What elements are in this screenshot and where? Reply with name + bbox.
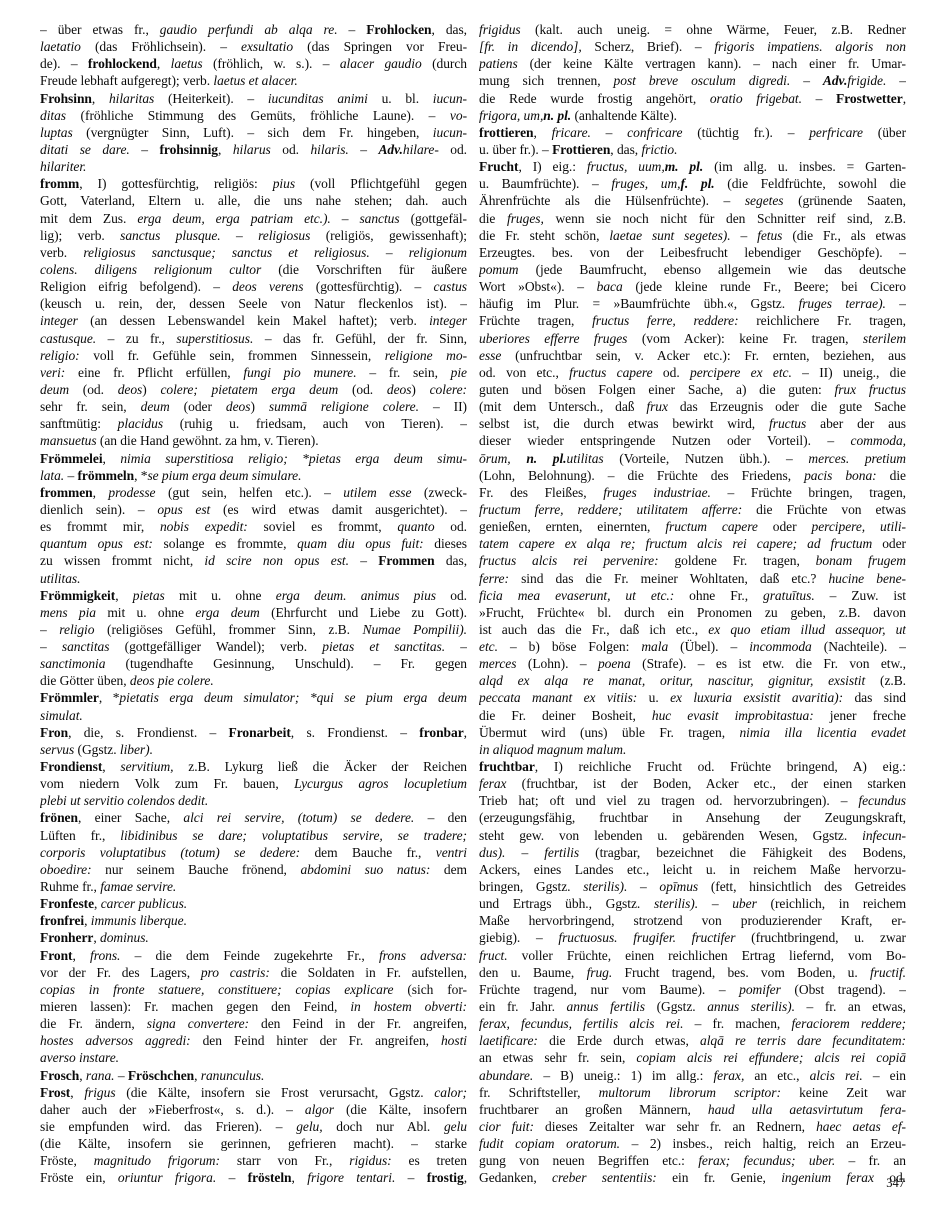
- text-run: (gottgefäl-: [411, 211, 467, 226]
- text-run: Frohlocken: [366, 22, 431, 37]
- text-line: Fron, die, s. Frondienst. – Fronarbeit, …: [40, 724, 467, 741]
- text-line: Frucht, I) eig.: fructus, uum,m. pl. (im…: [479, 158, 906, 175]
- text-run: pro castris:: [201, 965, 281, 980]
- text-line: Fröste ein, oriuntur frigora. – frösteln…: [40, 1169, 467, 1186]
- text-line: (die Kälte, insofern sie gerinnen, gefri…: [40, 1135, 467, 1152]
- text-line: corporis voluptatibus (totum) se dedere:…: [40, 844, 467, 861]
- text-run: fructus capere: [569, 365, 663, 380]
- text-run: keine Zeit war: [799, 1085, 906, 1100]
- text-run: das Erzeugnis oder die gute Sache: [680, 399, 906, 414]
- text-line: deum (od. deos) colere; pietatem erga de…: [40, 381, 467, 398]
- text-line: ōrum, n. pl.utilitas (Vorteile, Nutzen ü…: [479, 450, 906, 467]
- text-line: sehr fr. sein, deum (oder deos) summā re…: [40, 398, 467, 415]
- text-run: –: [67, 468, 77, 483]
- text-line: – über etwas fr., gaudio perfundi ab alq…: [40, 21, 467, 38]
- text-line: vor der Fr. des Lagers, pro castris: die…: [40, 964, 467, 981]
- text-run: mala: [641, 639, 680, 654]
- text-run: den u. Baume,: [479, 965, 587, 980]
- text-run: pomum: [479, 262, 536, 277]
- text-run: verb.: [40, 245, 83, 260]
- text-line: in aliquod magnum malum.: [479, 741, 906, 758]
- text-run: –: [460, 639, 467, 654]
- text-run: (mit dem Untersch., daß: [479, 399, 646, 414]
- text-run: frons.: [90, 948, 135, 963]
- text-run: Frucht tragend, bes. vom Boden, u.: [624, 965, 870, 980]
- text-run: (reichlich, in reichem: [771, 896, 906, 911]
- text-run: –: [386, 245, 409, 260]
- text-run: mansuetus: [40, 433, 100, 448]
- text-line: bringen, Ggstz. sterilis). – opīmus (fet…: [479, 878, 906, 895]
- text-line: plebi ut servitio colendos dedit.: [40, 792, 467, 809]
- text-run: uber: [732, 896, 770, 911]
- text-line: sanftmütig: placidus (ruhig u. friedsam,…: [40, 415, 467, 432]
- text-run: lig); verb.: [40, 228, 120, 243]
- text-run: pietas: [133, 588, 179, 603]
- text-line: Übermut wird (uns) üble Fr. tragen, nimi…: [479, 724, 906, 741]
- text-line: religio: voll fr. Gefühle sein, frommen …: [40, 347, 467, 364]
- text-run: ,: [70, 1085, 84, 1100]
- text-run: , das,: [610, 142, 641, 157]
- text-run: z.B. Lykurg ließ die Äcker der Reichen: [188, 759, 467, 774]
- text-run: Fronfeste: [40, 896, 94, 911]
- text-run: (durch: [432, 56, 467, 71]
- text-run: guten und bösen Folgen einer Sache, a) d…: [479, 382, 835, 397]
- text-line: giebig). – fructuosus. frugifer. fructif…: [479, 929, 906, 946]
- text-run: steht gew. von lebenden u. gebärenden We…: [479, 828, 862, 843]
- text-line: esse (unfruchtbar sein, v. Acker etc.): …: [479, 347, 906, 364]
- text-run: multorum librorum scriptor:: [599, 1085, 799, 1100]
- text-run: nobis expedit:: [160, 519, 264, 534]
- text-run: –: [141, 142, 159, 157]
- text-run: ferax; fecundus; uber.: [698, 1153, 848, 1168]
- text-run: fructum capere: [665, 519, 772, 534]
- text-run: Front: [40, 948, 73, 963]
- text-run: den Feind hinter der Fr. angreifen,: [203, 1033, 441, 1048]
- text-run: ,: [218, 142, 233, 157]
- text-run: castusque.: [40, 331, 108, 346]
- text-run: ex quo etiam illud assequor, ut: [708, 622, 906, 637]
- text-run: mit dem Zus.: [40, 211, 137, 226]
- text-run: (religiös, gewissenhaft);: [326, 228, 467, 243]
- text-run: ein fr. Genie,: [672, 1170, 781, 1185]
- text-run: colere; pietatem erga deum: [160, 382, 352, 397]
- text-run: Numae Pompilii).: [363, 622, 467, 637]
- text-line: häufig im Plur. = »Baumfrüchte übh.«, Gg…: [479, 295, 906, 312]
- text-run: peccata manant ex vitiis:: [479, 690, 649, 705]
- text-line: die Fr. steht schön, laetae sunt segetes…: [479, 227, 906, 244]
- text-run: frostig: [427, 1170, 464, 1185]
- text-line: Fronfeste, carcer publicus.: [40, 895, 467, 912]
- text-run: oriuntur frigora.: [118, 1170, 229, 1185]
- text-run: Frömmelei: [40, 451, 103, 466]
- text-run: (grünende Saaten,: [798, 193, 906, 208]
- left-column: – über etwas fr., gaudio perfundi ab alq…: [40, 21, 467, 1187]
- text-run: od.: [439, 142, 467, 157]
- text-run: pacis bona:: [804, 468, 890, 483]
- text-run: Fröste ein,: [40, 1170, 118, 1185]
- text-run: – B) uneig.: 1) im allg.:: [543, 1068, 713, 1083]
- text-run: pietas et sanctitas.: [322, 639, 460, 654]
- text-run: sanctus plusque.: [120, 228, 236, 243]
- text-run: cior fuit:: [479, 1119, 545, 1134]
- text-run: commoda,: [851, 433, 906, 448]
- text-run: etc.: [479, 639, 510, 654]
- text-run: ferax,: [713, 1068, 754, 1083]
- text-line: laetatio (das Fröhlichsein). – exsultati…: [40, 38, 467, 55]
- text-run: lata.: [40, 468, 67, 483]
- text-run: gung von neuen Begriffen etc.:: [479, 1153, 698, 1168]
- text-run: (Vorteile, Nutzen übh.). –: [619, 451, 808, 466]
- text-run: creber sententiis:: [552, 1170, 672, 1185]
- text-run: frigora, um,: [479, 108, 543, 123]
- text-run: laetus: [171, 56, 213, 71]
- text-line: copias in fronte statuere, constituere; …: [40, 981, 467, 998]
- text-line: Maße hervorbringend, strotzend von produ…: [479, 912, 906, 929]
- text-run: fructuosus. frugifer. fructifer: [558, 930, 751, 945]
- text-run: die Soldaten in Fr. aufstellen,: [281, 965, 467, 980]
- text-run: voll fr. Gefühle sein, frommen Sinnessei…: [93, 348, 385, 363]
- text-run: Fron: [40, 725, 68, 740]
- text-run: (die Kälte, insofern: [346, 1102, 467, 1117]
- text-run: nimia superstitiosa religio; *pietas erg…: [120, 451, 467, 466]
- text-run: – Zuw. ist: [830, 588, 906, 603]
- text-line: Früchte tragen, fructus ferre, reddere: …: [479, 312, 906, 329]
- text-run: , *: [134, 468, 147, 483]
- text-run: mit u. ohne: [107, 605, 195, 620]
- text-run: frigore tentari.: [307, 1170, 407, 1185]
- text-run: nur seinem Bauche frönend,: [105, 862, 300, 877]
- text-run: Frommen: [378, 553, 434, 568]
- text-run: fructus: [769, 416, 820, 431]
- text-run: signa convertere:: [147, 1016, 261, 1031]
- text-run: Ruhme fr.,: [40, 879, 100, 894]
- text-line: fromm, I) gottesfürchtig, religiös: pius…: [40, 175, 467, 192]
- text-run: sie empfunden wird. das Frieren). –: [40, 1119, 296, 1134]
- text-run: frohlockend: [88, 56, 157, 71]
- text-run: huc evasit improbitastua:: [652, 708, 830, 723]
- text-line: oboedire: nur seinem Bauche frönend, abd…: [40, 861, 467, 878]
- text-run: (Heiterkeit). –: [168, 91, 268, 106]
- text-run: integer: [429, 313, 467, 328]
- text-run: , die, s. Frondienst. –: [68, 725, 228, 740]
- text-run: –: [349, 22, 367, 37]
- text-run: Adv.: [378, 142, 402, 157]
- text-run: perfricare: [809, 125, 878, 140]
- text-run: fruct.: [479, 948, 522, 963]
- text-run: Maße hervorbringend, strotzend von produ…: [479, 913, 906, 928]
- text-run: religione mo-: [385, 348, 467, 363]
- text-line: Frömmler, *pietatis erga deum simulator;…: [40, 689, 467, 706]
- text-run: –: [712, 896, 732, 911]
- text-run: dienlich sein). –: [40, 502, 157, 517]
- text-run: fruchtbarer an großen Männern,: [479, 1102, 708, 1117]
- text-run: od.: [663, 365, 690, 380]
- text-run: ,: [102, 759, 120, 774]
- text-line: ein fr. Jahr. annus fertilis (Ggstz. ann…: [479, 998, 906, 1015]
- text-run: Früchte tragen,: [479, 313, 592, 328]
- text-run: ): [411, 382, 429, 397]
- text-run: fungi pio munere.: [243, 365, 369, 380]
- text-run: frottieren: [479, 125, 533, 140]
- text-run: Frosch: [40, 1068, 79, 1083]
- text-line: (erzeugungsfähig, fruchtbar in Ansehung …: [479, 809, 906, 826]
- text-run: uberiores efferre fruges: [479, 331, 642, 346]
- text-run: (Strafe). – es ist etw. die Fr. von etw.…: [642, 656, 906, 671]
- text-run: pie: [451, 365, 467, 380]
- text-line: zu wissen frommt nicht, id scire non opu…: [40, 552, 467, 569]
- text-run: die: [479, 211, 507, 226]
- text-line: hostes adversos aggredi: den Feind hinte…: [40, 1032, 467, 1049]
- text-run: mens pia: [40, 605, 107, 620]
- text-run: deum: [40, 382, 83, 397]
- text-run: an etwas sehr fr. sein,: [479, 1050, 636, 1065]
- text-run: , *: [99, 690, 120, 705]
- text-run: veri:: [40, 365, 78, 380]
- text-run: dieses: [434, 536, 467, 551]
- text-line: (mit dem Untersch., daß frux das Erzeugn…: [479, 398, 906, 415]
- text-run: Frohsinn: [40, 91, 92, 106]
- text-run: incommoda: [749, 639, 824, 654]
- text-run: – über etwas fr.,: [40, 22, 160, 37]
- text-line: steht gew. von lebenden u. gebärenden We…: [479, 827, 906, 844]
- text-run: Fronarbeit: [229, 725, 291, 740]
- text-line: Freude lebhaft aufgeregt); verb. laetus …: [40, 72, 467, 89]
- text-run: (es wird etwas damit ausgerichtet). –: [223, 502, 467, 517]
- text-run: libidinibus se dare; voluptatibus servir…: [120, 828, 467, 843]
- text-run: ): [142, 382, 160, 397]
- text-run: ferax, fecundus, fertilis alcis rei.: [479, 1016, 695, 1031]
- text-run: calor;: [434, 1085, 467, 1100]
- text-run: (od.: [83, 382, 118, 397]
- text-run: Religion eifrig befolgend). –: [40, 279, 232, 294]
- text-run: gelu: [444, 1119, 467, 1134]
- text-run: religionum: [409, 245, 467, 260]
- text-line: – sanctitas (gottgefälliger Wandel); ver…: [40, 638, 467, 655]
- text-line: veri: eine fr. Pflicht erfüllen, fungi p…: [40, 364, 467, 381]
- text-line: selbst ist, die durch etwas bewirkt wird…: [479, 415, 906, 432]
- text-run: fruchtbar: [479, 759, 535, 774]
- text-run: ,: [464, 725, 467, 740]
- text-run: (sich for-: [407, 982, 467, 997]
- text-run: servitium,: [120, 759, 188, 774]
- text-run: gratuītus.: [763, 588, 830, 603]
- text-run: esse: [479, 348, 515, 363]
- text-run: –: [521, 845, 544, 860]
- text-line: Fröste, magnitudo frigorum: starr von Fr…: [40, 1152, 467, 1169]
- text-run: Frondienst: [40, 759, 102, 774]
- text-run: solange es frommte,: [164, 536, 298, 551]
- text-run: oder: [882, 536, 906, 551]
- text-run: (tugendhafte Gesinnung, Unschuld). – Fr.…: [126, 656, 468, 671]
- text-run: pius: [273, 176, 310, 191]
- text-line: ditati se dare. – frohsinnig, hilarus od…: [40, 141, 467, 158]
- text-run: (Lohn, Belohnung). – die Früchte des Fri…: [479, 468, 804, 483]
- text-run: quantum opus est:: [40, 536, 164, 551]
- text-line: daher auch der »Fieberfrost«, s. d.). – …: [40, 1101, 467, 1118]
- text-run: in hostem obverti:: [350, 999, 467, 1014]
- text-run: (oder: [184, 399, 226, 414]
- text-run: – den: [428, 810, 467, 825]
- text-run: (gottgefälliger Wandel); verb.: [125, 639, 323, 654]
- text-run: bringen, Ggstz.: [479, 879, 583, 894]
- text-run: es frommt mir,: [40, 519, 160, 534]
- text-run: sanctus: [359, 211, 410, 226]
- text-run: frigoris impatiens. algoris non: [714, 39, 906, 54]
- text-line: lata. – frömmeln, *se pium erga deum sim…: [40, 467, 467, 484]
- text-run: (Ehrfurcht und Liebe zu Gott).: [271, 605, 467, 620]
- text-line: mit dem Zus. erga deum, erga patriam etc…: [40, 210, 467, 227]
- text-line: merces (Lohn). – poena (Strafe). – es is…: [479, 655, 906, 672]
- text-run: rana.: [86, 1068, 118, 1083]
- text-run: de). –: [40, 56, 88, 71]
- text-run: fructus, uum,: [587, 159, 665, 174]
- text-run: dominus.: [100, 930, 149, 945]
- text-run: ,: [157, 56, 171, 71]
- text-run: laetificare:: [479, 1033, 549, 1048]
- text-run: deos pie colere.: [130, 673, 214, 688]
- text-line: ferre: sind das die Fr. meiner Wohltaten…: [479, 570, 906, 587]
- text-line: die fruges, wenn sie noch nicht für den …: [479, 210, 906, 227]
- text-run: fromm: [40, 176, 79, 191]
- text-run: frux fructus: [835, 382, 906, 397]
- text-run: iucunditas animi: [268, 91, 382, 106]
- text-run: u. bl.: [382, 91, 433, 106]
- text-run: (Lohn). –: [528, 656, 598, 671]
- text-run: ingenium ferax: [781, 1170, 889, 1185]
- text-run: ,: [533, 125, 551, 140]
- text-run: dem Bauche fr.,: [314, 845, 435, 860]
- text-run: u. über fr.). –: [479, 142, 552, 157]
- text-line: ferax (fruchtbar, ist der Boden, Acker e…: [479, 775, 906, 792]
- text-line: dieser wieder entspringende Nutzen oder …: [479, 432, 906, 449]
- text-run: Frost: [40, 1085, 70, 1100]
- text-run: mung sich trennen,: [479, 73, 614, 88]
- text-run: frömmeln: [77, 468, 134, 483]
- text-run: f. pl.: [680, 176, 727, 191]
- text-run: fructus ferre, reddere:: [592, 313, 756, 328]
- text-run: alqā re terris dare fecunditatem:: [700, 1033, 906, 1048]
- text-run: hilare-: [403, 142, 439, 157]
- text-run: das sind: [854, 690, 906, 705]
- text-line: averso instare.: [40, 1049, 467, 1066]
- text-line: gung von neuen Begriffen etc.: ferax; fe…: [479, 1152, 906, 1169]
- text-line: Religion eifrig befolgend). – deos veren…: [40, 278, 467, 295]
- text-run: erga deum: [195, 605, 271, 620]
- text-run: ,: [93, 930, 100, 945]
- text-run: mieren lassen): Fr. machen gegen den Fei…: [40, 999, 350, 1014]
- text-run: Fröste,: [40, 1153, 94, 1168]
- text-line: frigora, um,n. pl. (anhaltende Kälte).: [479, 107, 906, 124]
- text-run: frösteln: [248, 1170, 292, 1185]
- text-line: fr. Schriftsteller, multorum librorum sc…: [479, 1084, 906, 1101]
- text-run: vom niedern Volk zum Fr. bauen,: [40, 776, 294, 791]
- text-run: colens. diligens religionum cultor: [40, 262, 278, 277]
- text-line: abundare. – B) uneig.: 1) im allg.: fera…: [479, 1067, 906, 1084]
- text-run: placidus: [118, 416, 180, 431]
- text-run: ficia mea evaserunt, ut etc.:: [479, 588, 689, 603]
- text-run: annus sterilis).: [707, 999, 806, 1014]
- text-run: frohsinnig: [159, 142, 218, 157]
- text-run: ,: [79, 1068, 86, 1083]
- text-run: (fett, hinsichtlich des Getreides: [711, 879, 906, 894]
- text-run: häufig im Plur. = »Baumfrüchte übh.«, Gg…: [479, 296, 799, 311]
- text-run: od.: [450, 519, 467, 534]
- text-run: (fruchtbar, ist der Boden, Acker etc., d…: [522, 776, 906, 791]
- text-line: Lüften fr., libidinibus se dare; volupta…: [40, 827, 467, 844]
- text-run: tatem capere ex alqa re; fructum alcis r…: [479, 536, 882, 551]
- text-line: Trieb hat; oft und viel zu tragen od. he…: [479, 792, 906, 809]
- text-run: (zweck-: [424, 485, 467, 500]
- text-run: giebig). –: [479, 930, 558, 945]
- text-run: (gut sein, helfen etc.). –: [168, 485, 343, 500]
- text-run: ,: [94, 896, 101, 911]
- text-run: und Ertrags übh., Ggstz.: [479, 896, 654, 911]
- text-line: den u. Baume, frug. Frucht tragend, bes.…: [479, 964, 906, 981]
- text-run: Ackers, eines Landes etc., leicht u. in …: [479, 862, 906, 877]
- text-run: Frucht: [479, 159, 518, 174]
- text-run: ,: [84, 913, 91, 928]
- right-column: frigidus (kalt. auch uneig. = ohne Wärme…: [479, 21, 906, 1187]
- text-run: (das Springen vor Freu-: [307, 39, 467, 54]
- text-run: – II) uneig., die: [802, 365, 906, 380]
- text-run: (die Kälte, insofern sie gerinnen, gefri…: [40, 1136, 467, 1151]
- text-run: alcis rei.: [810, 1068, 873, 1083]
- text-line: – religio (religiöses Gefühl, frommer Si…: [40, 621, 467, 638]
- text-run: – fr. an etwas,: [807, 999, 906, 1014]
- text-run: Gedanken,: [479, 1170, 552, 1185]
- text-run: die Fr. deiner Bosheit,: [479, 708, 652, 723]
- text-line: fructum ferre, reddere; utilitatem affer…: [479, 501, 906, 518]
- text-run: hosti: [441, 1033, 467, 1048]
- text-line: sie empfunden wird. das Frieren). – gelu…: [40, 1118, 467, 1135]
- text-run: frigus: [84, 1085, 126, 1100]
- text-line: quantum opus est: solange es frommte, qu…: [40, 535, 467, 552]
- text-run: Erzeugtes. bes. von der Leibesfrucht leb…: [479, 245, 906, 260]
- text-run: , I) eig.:: [518, 159, 586, 174]
- text-line: vom niedern Volk zum Fr. bauen, Lycurgus…: [40, 775, 467, 792]
- text-run: fecundus: [858, 793, 906, 808]
- text-line: ficia mea evaserunt, ut etc.: ohne Fr., …: [479, 587, 906, 604]
- text-run: fruges,: [507, 211, 555, 226]
- text-run: –: [803, 73, 823, 88]
- text-run: (ruhig u. friedsam, auch von Tieren). –: [180, 416, 467, 431]
- text-line: simulat.: [40, 707, 467, 724]
- text-run: fertilis: [544, 845, 595, 860]
- text-run: oboedire:: [40, 862, 105, 877]
- text-line: fruct. voller Früchte, einen reichlichen…: [479, 947, 906, 964]
- text-run: feraciorem reddere;: [791, 1016, 906, 1031]
- text-run: magnitudo frigorum:: [94, 1153, 237, 1168]
- text-line: fruchtbarer an großen Männern, haud ulla…: [479, 1101, 906, 1118]
- text-line: frigidus (kalt. auch uneig. = ohne Wärme…: [479, 21, 906, 38]
- text-line: mens pia mit u. ohne erga deum (Ehrfurch…: [40, 604, 467, 621]
- text-run: ein fr. Jahr.: [479, 999, 567, 1014]
- text-run: fruges terrae).: [799, 296, 900, 311]
- text-run: od.: [450, 588, 467, 603]
- text-run: (jede Baumfrucht, ebenso allgemein wie d…: [536, 262, 906, 277]
- text-run: rigidus:: [349, 1153, 408, 1168]
- text-run: –: [360, 142, 378, 157]
- text-run: fricare.: [552, 125, 606, 140]
- text-run: sehr fr. sein,: [40, 399, 141, 414]
- text-run: laetatio: [40, 39, 95, 54]
- text-run: integer: [40, 313, 90, 328]
- text-run: hilaris.: [310, 142, 360, 157]
- text-run: –: [360, 553, 378, 568]
- text-run: (od.: [352, 382, 387, 397]
- text-line: u. über fr.). – Frottieren, das, frictio…: [479, 141, 906, 158]
- text-run: ): [250, 399, 268, 414]
